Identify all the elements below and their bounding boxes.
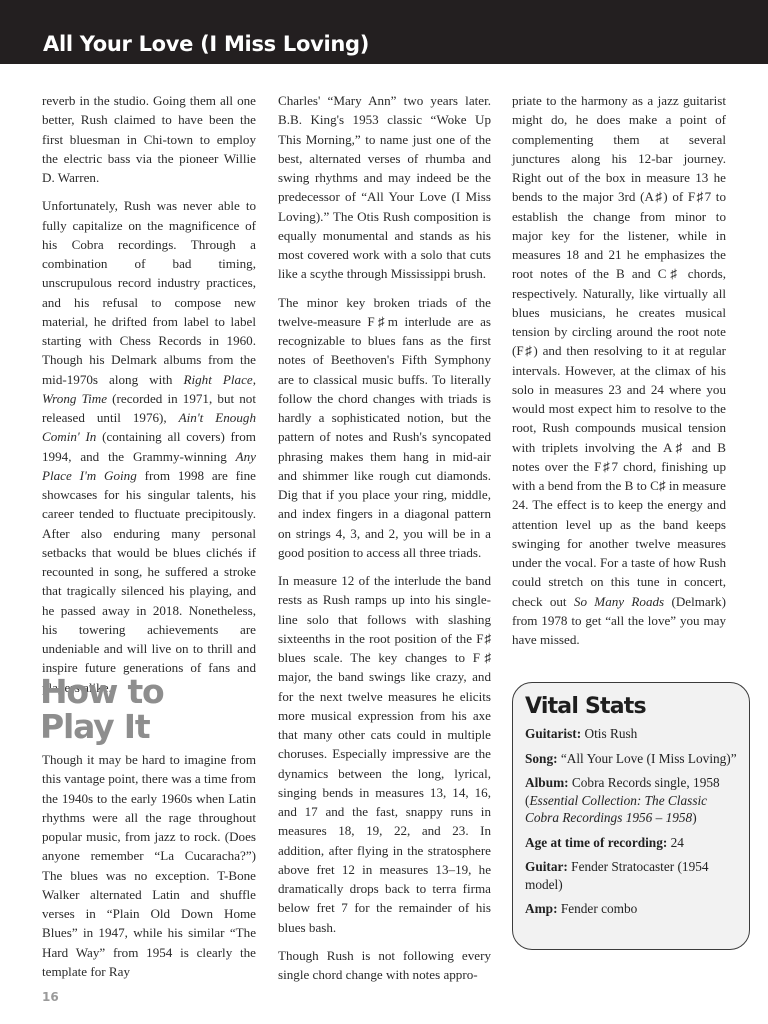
article-title: All Your Love (I Miss Loving)	[43, 30, 369, 58]
stat-value: 24	[667, 835, 684, 850]
stat-label: Amp:	[525, 901, 558, 916]
stat-album: Album: Cobra Records single, 1958 (Essen…	[525, 774, 737, 827]
stat-guitarist: Guitarist: Otis Rush	[525, 725, 737, 743]
paragraph: Though it may be hard to imagine from th…	[42, 750, 256, 981]
column-1: reverb in the studio. Going them all one…	[42, 91, 256, 706]
column-3: priate to the harmony as a jazz guitaris…	[512, 91, 726, 658]
paragraph: Though Rush is not following every singl…	[278, 946, 491, 985]
heading-line: Play It	[40, 707, 149, 746]
stat-value: Otis Rush	[581, 726, 637, 741]
column-1-section: Though it may be hard to imagine from th…	[42, 750, 256, 990]
column-2: Charles' “Mary Ann” two years later. B.B…	[278, 91, 491, 993]
text-run: from 1998 are fine showcases for his sin…	[42, 468, 256, 695]
stat-value: )	[692, 810, 696, 825]
album-title: Essential Collection: The Classic Cobra …	[525, 793, 707, 826]
stat-value: Fender combo	[558, 901, 638, 916]
stat-guitar: Guitar: Fender Stratocaster (1954 model)	[525, 858, 737, 893]
page-number: 16	[42, 990, 59, 1004]
stat-label: Album:	[525, 775, 569, 790]
stat-label: Guitar:	[525, 859, 568, 874]
stat-value: “All Your Love (I Miss Loving)”	[558, 751, 737, 766]
header-bar: All Your Love (I Miss Loving)	[0, 0, 768, 64]
album-title: So Many Roads	[574, 594, 664, 609]
stat-label: Age at time of recording:	[525, 835, 667, 850]
paragraph: reverb in the studio. Going them all one…	[42, 91, 256, 187]
text-run: Unfortunately, Rush was never able to fu…	[42, 198, 256, 386]
paragraph: The minor key broken triads of the twelv…	[278, 293, 491, 563]
stat-age: Age at time of recording: 24	[525, 834, 737, 852]
stat-label: Guitarist:	[525, 726, 581, 741]
paragraph: Charles' “Mary Ann” two years later. B.B…	[278, 91, 491, 284]
paragraph: In measure 12 of the interlude the band …	[278, 571, 491, 937]
text-run: priate to the harmony as a jazz guitaris…	[512, 93, 726, 609]
section-heading-how-to-play-it: How to Play It	[40, 674, 164, 744]
paragraph: priate to the harmony as a jazz guitaris…	[512, 91, 726, 649]
paragraph: Unfortunately, Rush was never able to fu…	[42, 196, 256, 697]
vital-stats-title: Vital Stats	[525, 693, 737, 721]
stat-amp: Amp: Fender combo	[525, 900, 737, 918]
stat-label: Song:	[525, 751, 558, 766]
vital-stats-box: Vital Stats Guitarist: Otis Rush Song: “…	[512, 682, 750, 950]
stat-song: Song: “All Your Love (I Miss Loving)”	[525, 750, 737, 768]
heading-line: How to	[40, 672, 164, 711]
